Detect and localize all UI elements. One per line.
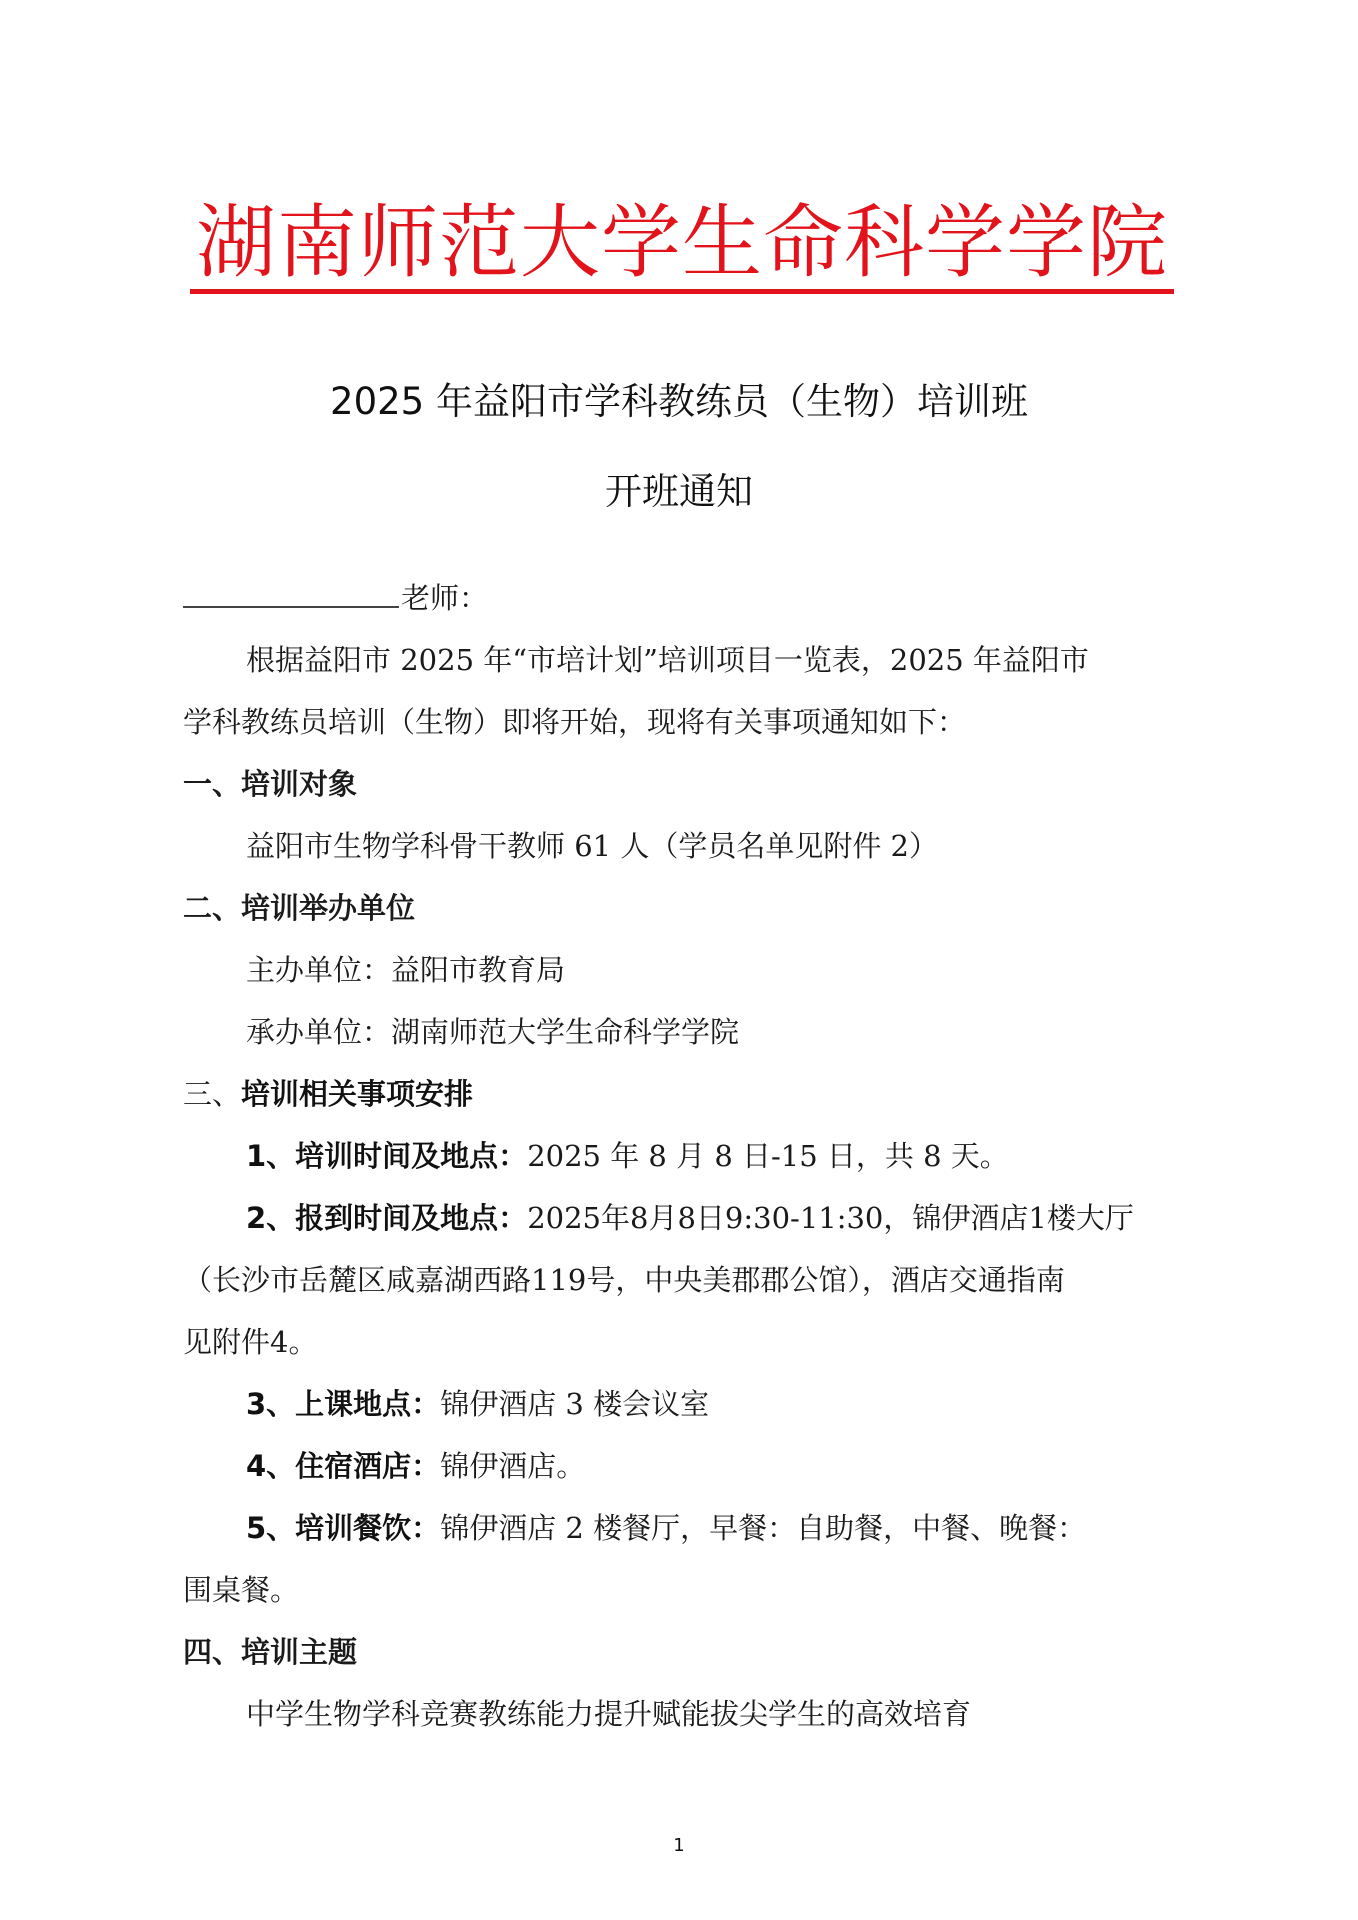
co-organizer: 承办单位：湖南师范大学生命科学学院 bbox=[246, 1012, 739, 1052]
item-label: 2、报到时间及地点： bbox=[246, 1201, 527, 1235]
arrangement-item-hotel: 4、住宿酒店：锦伊酒店。 bbox=[246, 1446, 585, 1486]
section-number: 三、 bbox=[183, 1077, 241, 1111]
document-title: 2025 年益阳市学科教练员（生物）培训班 bbox=[0, 380, 1358, 424]
section-heading-targets: 一、培训对象 bbox=[183, 764, 357, 804]
arrangement-item-meals: 5、培训餐饮：锦伊酒店 2 楼餐厅，早餐：自助餐，中餐、晚餐： bbox=[246, 1508, 1086, 1548]
arrangement-item-registration: 2、报到时间及地点：2025年8月8日9:30-11:30，锦伊酒店1楼大厅 bbox=[246, 1198, 1134, 1238]
section-heading-organizers: 二、培训举办单位 bbox=[183, 888, 415, 928]
targets-content: 益阳市生物学科骨干教师 61 人（学员名单见附件 2） bbox=[246, 826, 938, 866]
item-value: 2025年8月8日9:30-11:30，锦伊酒店1楼大厅 bbox=[527, 1201, 1134, 1235]
teacher-name-blank bbox=[183, 578, 399, 608]
item-value: 锦伊酒店。 bbox=[440, 1449, 585, 1483]
salutation: 老师： bbox=[183, 578, 488, 618]
organization-header: 湖南师范大学生命科学学院 bbox=[184, 198, 1180, 288]
document-subtitle: 开班通知 bbox=[0, 470, 1358, 514]
arrangement-item-classroom: 3、上课地点：锦伊酒店 3 楼会议室 bbox=[246, 1384, 709, 1424]
header-underline bbox=[190, 289, 1174, 294]
meals-continuation: 围桌餐。 bbox=[183, 1570, 299, 1610]
intro-line-2: 学科教练员培训（生物）即将开始，现将有关事项通知如下： bbox=[183, 702, 966, 742]
item-value: 2025 年 8 月 8 日-15 日，共 8 天。 bbox=[527, 1139, 1009, 1173]
theme-content: 中学生物学科竞赛教练能力提升赋能拔尖学生的高效培育 bbox=[246, 1694, 971, 1734]
section-heading-theme: 四、培训主题 bbox=[183, 1632, 357, 1672]
salutation-suffix: 老师： bbox=[401, 581, 488, 615]
item-label: 3、上课地点： bbox=[246, 1387, 440, 1421]
section-heading-text: 培训相关事项安排 bbox=[241, 1077, 473, 1111]
section-heading-arrangements: 三、培训相关事项安排 bbox=[183, 1074, 473, 1114]
item-value: 锦伊酒店 3 楼会议室 bbox=[440, 1387, 709, 1421]
item-label: 4、住宿酒店： bbox=[246, 1449, 440, 1483]
host-organizer: 主办单位：益阳市教育局 bbox=[246, 950, 565, 990]
document-page: 湖南师范大学生命科学学院 2025 年益阳市学科教练员（生物）培训班 开班通知 … bbox=[0, 0, 1358, 1920]
arrangement-item-time-location: 1、培训时间及地点：2025 年 8 月 8 日-15 日，共 8 天。 bbox=[246, 1136, 1009, 1176]
page-number: 1 bbox=[0, 1835, 1358, 1856]
item-label: 5、培训餐饮： bbox=[246, 1511, 440, 1545]
registration-continuation-2: 见附件4。 bbox=[183, 1322, 317, 1362]
registration-continuation-1: （长沙市岳麓区咸嘉湖西路119号，中央美郡郡公馆），酒店交通指南 bbox=[183, 1260, 1065, 1300]
intro-line-1: 根据益阳市 2025 年“市培计划”培训项目一览表，2025 年益阳市 bbox=[246, 640, 1089, 680]
item-label: 1、培训时间及地点： bbox=[246, 1139, 527, 1173]
item-value: 锦伊酒店 2 楼餐厅，早餐：自助餐，中餐、晚餐： bbox=[440, 1511, 1086, 1545]
